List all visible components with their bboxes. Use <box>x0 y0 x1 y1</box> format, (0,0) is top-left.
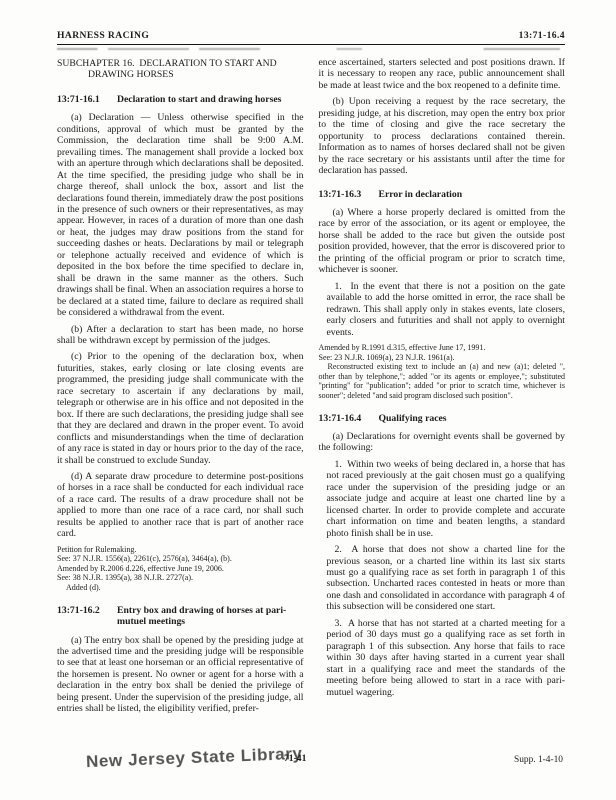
section-heading-16-1: 13:71-16.1Declaration to start and drawi… <box>57 94 304 105</box>
subchapter-heading-line2: DRAWING HORSES <box>57 69 304 80</box>
note-line: See: 38 N.J.R. 1395(a), 38 N.J.R. 2727(a… <box>57 573 304 583</box>
section-heading-16-3: 13:71-16.3Error in declaration <box>319 189 566 200</box>
note-line: Added (d). <box>57 583 304 593</box>
page-header: HARNESS RACING 13:71-16.4 <box>57 30 565 50</box>
paragraph-16-1-c: (c) Prior to the opening of the declarat… <box>57 351 304 466</box>
paragraph-16-4-a3: 3. A horse that has not started at a cha… <box>327 618 566 698</box>
note-line: See: 37 N.J.R. 1556(a), 2261(c), 2576(a)… <box>57 554 304 564</box>
section-number-16-4: 13:71-16.4 <box>319 413 379 424</box>
paragraph-16-1-b: (b) After a declaration to start has bee… <box>57 324 304 347</box>
paragraph-16-1-a: (a) Declaration — Unless otherwise speci… <box>57 112 304 318</box>
section-number-16-1: 13:71-16.1 <box>57 94 117 105</box>
supplement-date: Supp. 1-4-10 <box>514 755 563 765</box>
section-title-16-1: Declaration to start and drawing horses <box>117 94 281 105</box>
section-title-16-3: Error in declaration <box>379 189 463 200</box>
content-columns: SUBCHAPTER 16. DECLARATION TO START AND … <box>57 57 565 749</box>
paragraph-16-4-a1: 1. Within two weeks of being declared in… <box>327 459 566 539</box>
note-line: Reconstructed existing text to include a… <box>319 362 566 400</box>
note-line: Amended by R.1991 d.315, effective June … <box>319 343 566 353</box>
section-heading-16-2: 13:71-16.2Entry box and drawing of horse… <box>57 605 304 628</box>
history-notes-16-3: Amended by R.1991 d.315, effective June … <box>319 343 566 401</box>
subchapter-heading-line1: SUBCHAPTER 16. DECLARATION TO START AND <box>57 58 304 69</box>
paragraph-16-1-d: (d) A separate draw procedure to determi… <box>57 471 304 540</box>
section-number-16-2: 13:71-16.2 <box>57 605 117 616</box>
header-rule <box>57 44 565 45</box>
note-line: Amended by R.2006 d.226, effective June … <box>57 564 304 574</box>
paragraph-16-2-a: (a) The entry box shall be opened by the… <box>57 635 304 715</box>
document-page: HARNESS RACING 13:71-16.4 SUBCHAPTER 16.… <box>0 0 616 800</box>
paragraph-16-2-a-continued: ence ascertained, starters selected and … <box>319 57 566 91</box>
right-column: ence ascertained, starters selected and … <box>319 57 566 749</box>
note-line: See: 23 N.J.R. 1069(a), 23 N.J.R. 1961(a… <box>319 353 566 363</box>
note-line: Petition for Rulemaking. <box>57 545 304 555</box>
paragraph-16-2-b: (b) Upon receiving a request by the race… <box>319 96 566 176</box>
header-title: HARNESS RACING <box>57 30 149 41</box>
left-column: SUBCHAPTER 16. DECLARATION TO START AND … <box>57 57 304 749</box>
paragraph-16-3-a: (a) Where a horse properly declared is o… <box>319 207 566 276</box>
paragraph-16-4-a2: 2. A horse that does not show a charted … <box>327 544 566 613</box>
scan-artifact-smudge <box>57 48 565 51</box>
section-title-16-2: Entry box and drawing of horses at pari-… <box>117 605 286 627</box>
subchapter-heading: SUBCHAPTER 16. DECLARATION TO START AND … <box>57 58 304 81</box>
section-title-16-4: Qualifying races <box>379 413 447 424</box>
section-number-16-3: 13:71-16.3 <box>319 189 379 200</box>
page-number: 71-41 <box>284 753 306 764</box>
paragraph-16-4-a: (a) Declarations for overnight events sh… <box>319 431 566 454</box>
section-heading-16-4: 13:71-16.4Qualifying races <box>319 413 566 424</box>
history-notes-16-1: Petition for Rulemaking. See: 37 N.J.R. … <box>57 545 304 593</box>
header-section-number: 13:71-16.4 <box>519 30 565 41</box>
paragraph-16-3-a1: 1. In the event that there is not a posi… <box>327 281 566 338</box>
